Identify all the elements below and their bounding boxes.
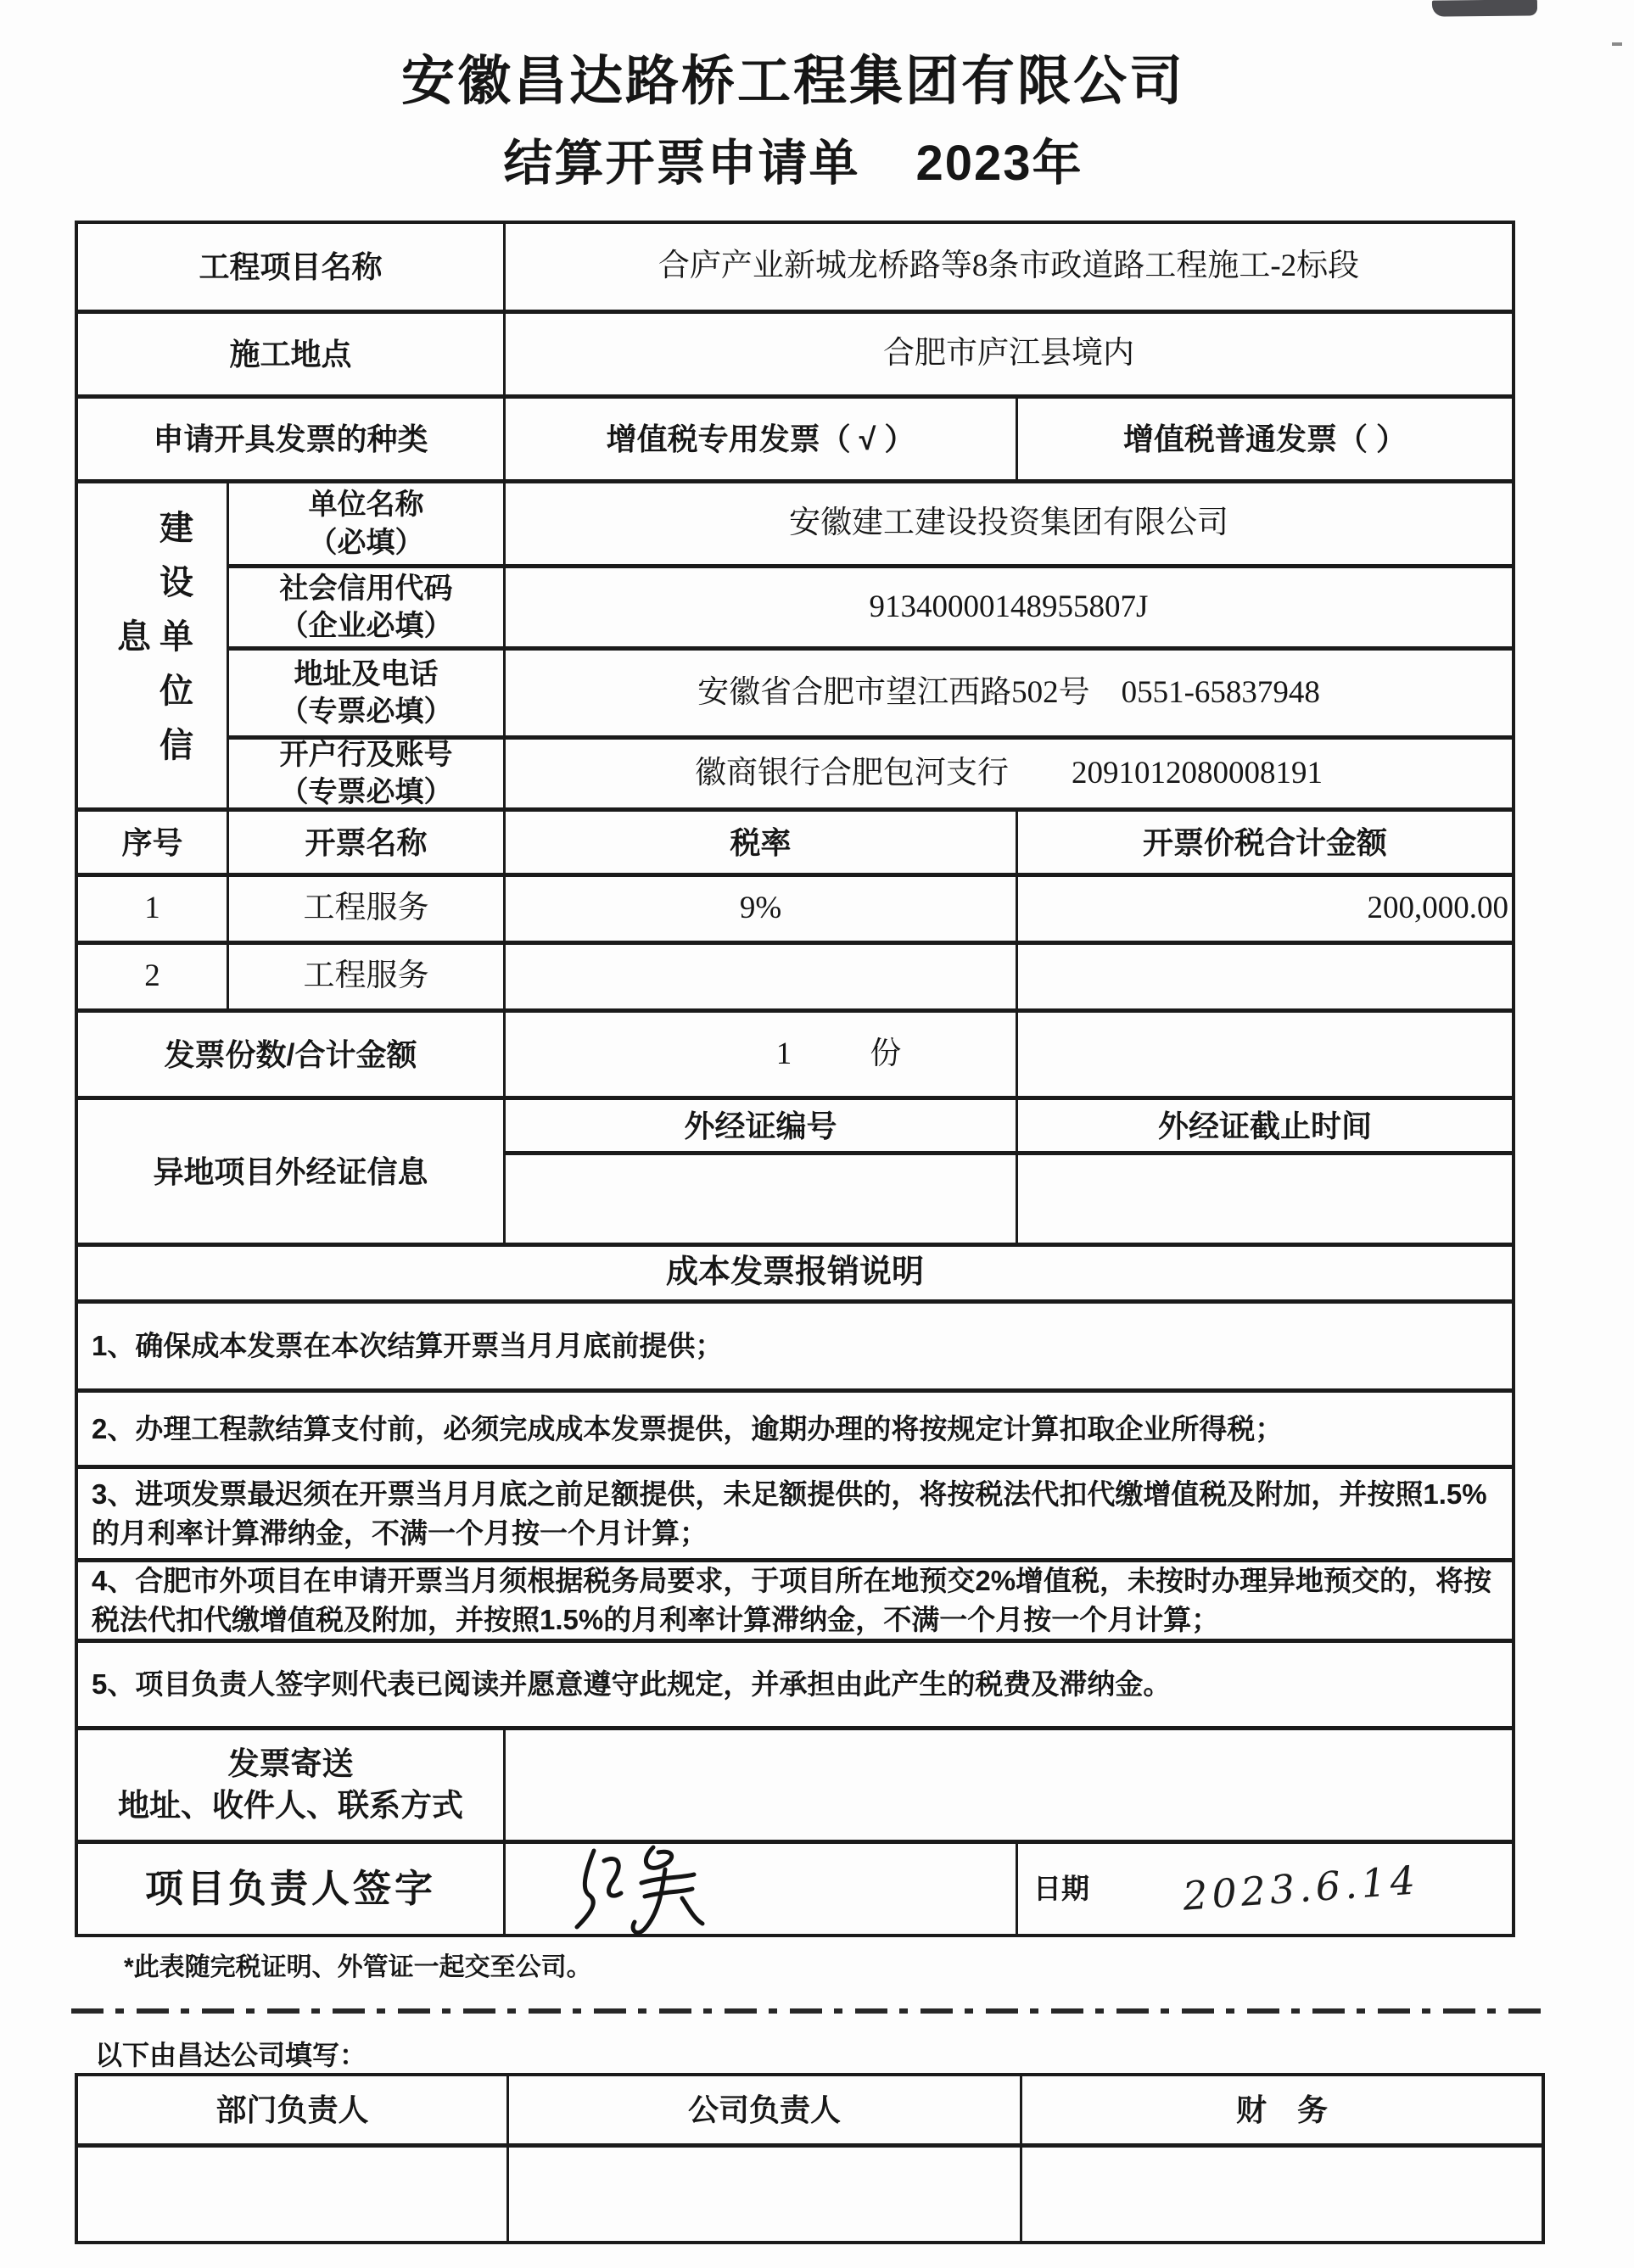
notes-title: 成本发票报销说明 [78, 1247, 1512, 1304]
mailing-label-l1: 发票寄送 [228, 1744, 354, 1785]
location-label: 施工地点 [78, 314, 506, 399]
client-info-group: 建设单位信息 [78, 483, 229, 812]
company-fill-heading: 以下由昌达公司填写： [95, 2034, 367, 2073]
dept-head-cell [78, 2148, 509, 2241]
location-value: 合肥市庐江县境内 [506, 314, 1512, 399]
invoice-type-label: 申请开具发票的种类 [78, 399, 506, 483]
address-phone-value: 安徽省合肥市望江西路502号 0551-65837948 [506, 651, 1512, 740]
invoice-type-special: 增值税专用发票（ √ ） [506, 399, 1018, 483]
application-table: 工程项目名称 合庐产业新城龙桥路等8条市政道路工程施工-2标段 施工地点 合肥市… [75, 221, 1515, 1937]
invoice-type-general: 增值税普通发票（ ） [1018, 399, 1512, 483]
external-cert-no-value [506, 1155, 1018, 1247]
note-2: 2、办理工程款结算支付前，必须完成成本发票提供，逾期办理的将按规定计算扣取企业所… [78, 1393, 1512, 1469]
bank-account-value: 徽商银行合肥包河支行 2091012080008191 [506, 740, 1512, 812]
item1-amount: 200,000.00 [1018, 877, 1512, 945]
signature-handwriting [565, 1839, 726, 1939]
address-phone-label-l2: （专票必填） [280, 693, 453, 730]
company-head-header: 公司负责人 [509, 2076, 1022, 2148]
client-name-label-l1: 单位名称 [309, 486, 424, 523]
external-cert-deadline-header: 外经证截止时间 [1018, 1100, 1512, 1155]
bank-account-label: 开户行及账号 （专票必填） [229, 740, 506, 812]
note-3: 3、进项发票最迟须在开票当月月底之前足额提供，未足额提供的，将按税法代扣代缴增值… [78, 1469, 1512, 1562]
items-header-rate: 税率 [506, 812, 1018, 877]
external-cert-no-header: 外经证编号 [506, 1100, 1018, 1155]
approval-table: 部门负责人 公司负责人 财 务 [75, 2073, 1545, 2244]
credit-code-value: 91340000148955807J [506, 568, 1512, 651]
scan-artifact-small [1612, 42, 1622, 46]
date-label: 日期 [1033, 1871, 1089, 1906]
bank-account-label-l2: （专票必填） [280, 774, 453, 811]
credit-code-label-l1: 社会信用代码 [280, 570, 453, 607]
invoice-count-text: 1 份 [776, 1035, 907, 1074]
items-header-amount: 开票价税合计金额 [1018, 812, 1512, 877]
invoice-count-extra [1018, 1013, 1512, 1100]
footnote: *此表随完税证明、外管证一起交至公司。 [124, 1946, 592, 1983]
form-year: 2023年 [915, 136, 1083, 191]
credit-code-label-l2: （企业必填） [280, 607, 453, 645]
company-name: 安徽昌达路桥工程集团有限公司 [76, 53, 1510, 111]
items-header-no: 序号 [78, 812, 229, 877]
form-title: 安徽昌达路桥工程集团有限公司 结算开票申请单2023年 [76, 53, 1510, 194]
mailing-label: 发票寄送 地址、收件人、联系方式 [78, 1730, 506, 1844]
invoice-count-label: 发票份数/合计金额 [78, 1013, 506, 1100]
note-5: 5、项目负责人签字则代表已阅读并愿意遵守此规定，并承担由此产生的税费及滞纳金。 [78, 1643, 1512, 1730]
invoice-count-value: 1 份 [506, 1013, 1018, 1100]
date-handwritten: 2023.6.14 [1181, 1857, 1420, 1922]
form-name-line: 结算开票申请单2023年 [76, 123, 1510, 194]
external-cert-deadline-value [1018, 1155, 1512, 1247]
finance-cell [1022, 2148, 1542, 2241]
signature-cell [506, 1844, 1018, 1934]
address-phone-label: 地址及电话 （专票必填） [229, 651, 506, 740]
client-name-label-l2: （必填） [309, 524, 424, 561]
dept-head-header: 部门负责人 [78, 2076, 509, 2148]
item2-amount [1018, 945, 1512, 1013]
note-1: 1、确保成本发票在本次结算开票当月月底前提供； [78, 1304, 1512, 1393]
bank-account-label-l1: 开户行及账号 [280, 736, 453, 774]
company-head-cell [509, 2148, 1022, 2241]
item1-name: 工程服务 [229, 877, 506, 945]
cut-dash-line [71, 2008, 1541, 2014]
project-name-label: 工程项目名称 [78, 224, 506, 314]
item2-rate [506, 945, 1018, 1013]
item2-name: 工程服务 [229, 945, 506, 1013]
finance-header: 财 务 [1022, 2076, 1542, 2148]
items-header-name: 开票名称 [229, 812, 506, 877]
address-phone-label-l1: 地址及电话 [294, 656, 439, 693]
item1-no: 1 [78, 877, 229, 945]
client-name-value: 安徽建工建设投资集团有限公司 [506, 483, 1512, 568]
signer-label: 项目负责人签字 [78, 1844, 506, 1934]
form-name: 结算开票申请单 [503, 136, 859, 191]
external-cert-label: 异地项目外经证信息 [78, 1100, 506, 1247]
project-name-value: 合庐产业新城龙桥路等8条市政道路工程施工-2标段 [506, 224, 1512, 314]
mailing-value [506, 1730, 1512, 1844]
item1-rate: 9% [506, 877, 1018, 945]
item2-no: 2 [78, 945, 229, 1013]
date-cell: 日期 2023.6.14 [1018, 1844, 1512, 1934]
credit-code-label: 社会信用代码 （企业必填） [229, 568, 506, 651]
client-name-label: 单位名称 （必填） [229, 483, 506, 568]
scan-artifact [1432, 0, 1537, 17]
mailing-label-l2: 地址、收件人、联系方式 [118, 1785, 463, 1826]
scanned-form-page: 安徽昌达路桥工程集团有限公司 结算开票申请单2023年 工程项目名称 合庐产业新… [0, 0, 1634, 2268]
client-info-group-label: 建设单位信息 [110, 483, 195, 807]
note-4: 4、合肥市外项目在申请开票当月须根据税务局要求，于项目所在地预交2%增值税，未按… [78, 1562, 1512, 1643]
